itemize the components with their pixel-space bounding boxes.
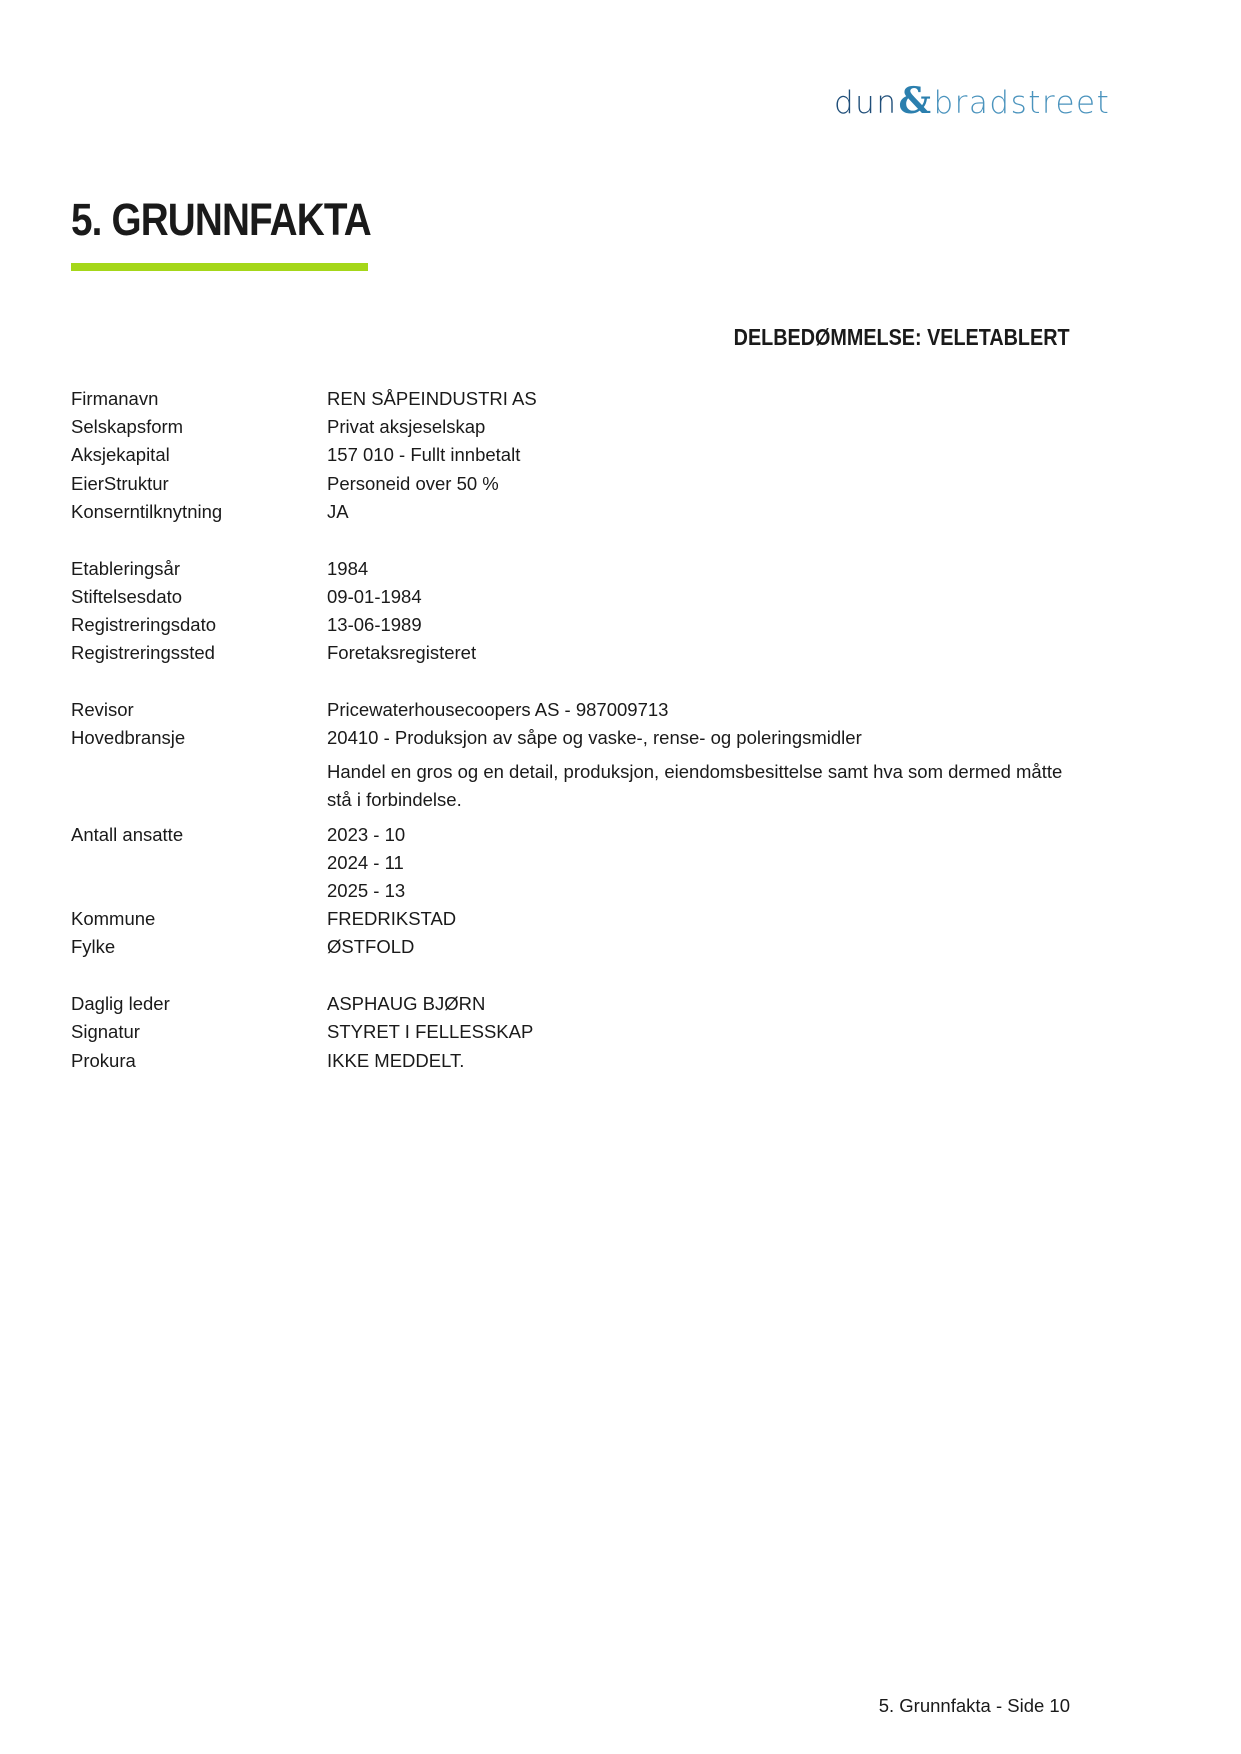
- fact-row: FirmanavnREN SÅPEINDUSTRI AS: [71, 385, 1071, 413]
- fact-label: Etableringsår: [71, 555, 327, 583]
- fact-label: Firmanavn: [71, 385, 327, 413]
- fact-label: Registreringssted: [71, 639, 327, 667]
- fact-value: 2024 - 11: [327, 849, 1071, 877]
- page-title: 5. GRUNNFAKTA: [71, 194, 371, 246]
- fact-row: Daglig lederASPHAUG BJØRN: [71, 990, 1071, 1018]
- fact-row: ProkuraIKKE MEDDELT.: [71, 1047, 1071, 1075]
- fact-value: 2023 - 10: [327, 821, 1071, 849]
- fact-label: Selskapsform: [71, 413, 327, 441]
- facts-table: FirmanavnREN SÅPEINDUSTRI ASSelskapsform…: [71, 385, 1071, 1075]
- fact-value: 20410 - Produksjon av såpe og vaske-, re…: [327, 724, 1071, 752]
- fact-label: EierStruktur: [71, 470, 327, 498]
- fact-label: Hovedbransje: [71, 724, 327, 752]
- rating-heading: DELBEDØMMELSE: VELETABLERT: [734, 324, 1070, 351]
- fact-row: RegistreringsstedForetaksregisteret: [71, 639, 1071, 667]
- logo-ampersand: &: [898, 80, 932, 122]
- fact-value: Pricewaterhousecoopers AS - 987009713: [327, 696, 1071, 724]
- logo-text-dun: dun: [834, 85, 897, 121]
- fact-row: 2025 - 13: [71, 877, 1071, 905]
- fact-value: Personeid over 50 %: [327, 470, 1071, 498]
- fact-row: 2024 - 11: [71, 849, 1071, 877]
- fact-label: [71, 752, 327, 820]
- fact-value: IKKE MEDDELT.: [327, 1047, 1071, 1075]
- fact-label: Kommune: [71, 905, 327, 933]
- fact-row: EierStrukturPersoneid over 50 %: [71, 470, 1071, 498]
- logo-text-bradstreet: bradstreet: [934, 85, 1111, 121]
- fact-row: Antall ansatte2023 - 10: [71, 821, 1071, 849]
- fact-row: Etableringsår1984: [71, 555, 1071, 583]
- fact-value: FREDRIKSTAD: [327, 905, 1071, 933]
- fact-row: SelskapsformPrivat aksjeselskap: [71, 413, 1071, 441]
- group-spacer: [71, 962, 1071, 991]
- fact-value: JA: [327, 498, 1071, 526]
- group-spacer: [71, 667, 1071, 696]
- fact-label: Antall ansatte: [71, 821, 327, 849]
- group-spacer: [71, 526, 1071, 555]
- fact-value: ASPHAUG BJØRN: [327, 990, 1071, 1018]
- fact-label: [71, 877, 327, 905]
- fact-label: [71, 849, 327, 877]
- fact-label: Aksjekapital: [71, 441, 327, 469]
- fact-label: Prokura: [71, 1047, 327, 1075]
- fact-value: 09-01-1984: [327, 583, 1071, 611]
- fact-label: Daglig leder: [71, 990, 327, 1018]
- fact-value: ØSTFOLD: [327, 933, 1071, 961]
- fact-value: Handel en gros og en detail, produksjon,…: [327, 758, 1071, 814]
- fact-value: 13-06-1989: [327, 611, 1071, 639]
- fact-row: SignaturSTYRET I FELLESSKAP: [71, 1018, 1071, 1046]
- fact-row: KonserntilknytningJA: [71, 498, 1071, 526]
- page-footer: 5. Grunnfakta - Side 10: [879, 1695, 1070, 1717]
- fact-label: Registreringsdato: [71, 611, 327, 639]
- business-description-row: Handel en gros og en detail, produksjon,…: [71, 752, 1071, 820]
- fact-row: Registreringsdato13-06-1989: [71, 611, 1071, 639]
- fact-row: Stiftelsesdato09-01-1984: [71, 583, 1071, 611]
- fact-value: Foretaksregisteret: [327, 639, 1071, 667]
- fact-row: FylkeØSTFOLD: [71, 933, 1071, 961]
- fact-row: RevisorPricewaterhousecoopers AS - 98700…: [71, 696, 1071, 724]
- fact-value: 2025 - 13: [327, 877, 1071, 905]
- fact-row: KommuneFREDRIKSTAD: [71, 905, 1071, 933]
- fact-value: STYRET I FELLESSKAP: [327, 1018, 1071, 1046]
- title-underline: [71, 263, 368, 271]
- fact-label: Signatur: [71, 1018, 327, 1046]
- fact-row: Aksjekapital157 010 - Fullt innbetalt: [71, 441, 1071, 469]
- fact-value: 157 010 - Fullt innbetalt: [327, 441, 1071, 469]
- fact-value: REN SÅPEINDUSTRI AS: [327, 385, 1071, 413]
- fact-label: Revisor: [71, 696, 327, 724]
- fact-label: Konserntilknytning: [71, 498, 327, 526]
- fact-row: Hovedbransje20410 - Produksjon av såpe o…: [71, 724, 1071, 752]
- fact-label: Stiftelsesdato: [71, 583, 327, 611]
- fact-value: Privat aksjeselskap: [327, 413, 1071, 441]
- fact-value: 1984: [327, 555, 1071, 583]
- dun-bradstreet-logo: dun&bradstreet: [834, 80, 1110, 122]
- fact-label: Fylke: [71, 933, 327, 961]
